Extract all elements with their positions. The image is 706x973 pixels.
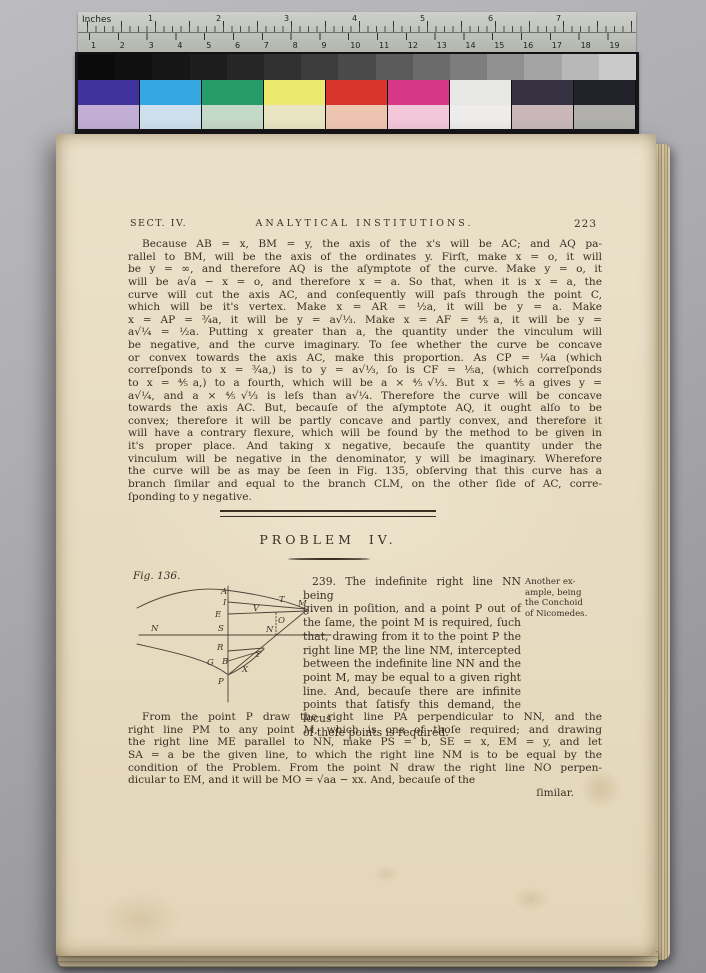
text-line: 239. The indefinite right line NN being [303,575,521,602]
ruler-cm-number: 5 [206,41,211,50]
text-line: be negative, and the curve imaginary. To… [128,339,602,352]
color-swatch [264,80,326,105]
body-paragraph-2: From the point P draw the right line PA … [128,711,602,787]
running-header: SECT. IV. ANALYTICAL INSTITUTIONS. 223 [128,218,601,232]
color-strip-pastel [78,105,636,129]
color-swatch [599,54,636,80]
text-line: a√¼, and a × ⅘√⅓ is leſs than a√¼. There… [128,390,602,403]
color-swatch [450,105,512,129]
text-line: Because AB = x, BM = y, the axis of the … [128,238,602,251]
heading-rule [288,558,370,560]
figure-label-I: I [222,598,227,608]
color-swatch [227,54,264,80]
ruler-cm-number: 6 [235,41,240,50]
text-line: ſponding to y negative. [128,491,602,504]
ruler-cm-number: 2 [120,41,125,50]
ruler-cm-number: 7 [264,41,269,50]
ruler-cm-number: 9 [321,41,326,50]
color-swatch [338,54,375,80]
color-swatch [376,54,413,80]
ruler-inch-number: 4 [352,14,357,23]
problem-heading: PROBLEM IV. [128,532,528,547]
text-line: be y = ∞, and therefore AQ is the aſympt… [128,263,602,276]
color-swatch [326,80,388,105]
color-swatch [202,105,264,129]
body-paragraph-1: Because AB = x, BM = y, the axis of the … [128,238,602,503]
color-swatch [78,105,140,129]
color-swatch [78,54,115,80]
color-swatch [326,105,388,129]
text-line: towards the axis AC. But, becauſe of the… [128,402,602,415]
color-swatch [574,80,636,105]
color-swatch [413,54,450,80]
text-line: the curve will be as may be ſeen in Fig.… [128,465,602,478]
color-swatch [301,54,338,80]
ruler-inch-number: 2 [216,14,221,23]
ruler-cm-number: 11 [379,41,389,50]
text-line: condition of the Problem. From the point… [128,762,602,775]
ruler-inch-scale: Inches 1234567 [78,12,636,33]
section-divider [128,510,528,517]
line-PM [228,609,308,675]
ruler-cm-number: 1 [91,41,96,50]
catchword: ſimilar. [128,787,602,799]
ruler-cm-number: 4 [177,41,182,50]
figure-label-S: S [218,624,224,634]
calibration-target: Inches 1234567 1234567891011121314151617… [78,12,636,130]
text-line: right line MP, the line NM, intercepted [303,644,521,658]
color-swatch [450,80,512,105]
figure-label-V: V [253,604,260,614]
color-swatch [190,54,227,80]
ruler-units-label: Inches [82,15,111,25]
text-line: curve will cut the axis AC, and conſeque… [128,289,602,302]
ruler-cm-number: 17 [552,41,562,50]
figure-label-X: X [241,665,249,675]
color-swatch [562,54,599,80]
text-line: branch ſimilar and equal to the branch C… [128,478,602,491]
color-swatch [140,80,202,105]
ruler-cm-number: 19 [609,41,619,50]
text-line: ample, being [525,588,607,599]
double-rule [220,510,436,517]
color-swatch [388,105,450,129]
figure-label-G: G [207,658,214,668]
ruler-cm-number: 15 [494,41,504,50]
color-swatch [78,80,140,105]
text-line: to x = ⅘a,) to a fourth, which will be a… [128,377,602,390]
text-line: From the point P draw the right line PA … [128,711,602,724]
text-line: or convex towards the axis AC, make this… [128,352,602,365]
page-number: 223 [574,218,597,230]
text-line: of Nicomedes. [525,609,607,620]
text-line: that, drawing from it to the point P the [303,630,521,644]
ruler-cm-number: 16 [523,41,533,50]
ruler-cm-number: 3 [149,41,154,50]
ruler-inch-number: 6 [488,14,493,23]
photo-of-book-scan: { "calibration": { "ruler_label": "Inche… [0,0,706,973]
text-line: given in poſition, and a point P out of [303,602,521,616]
figure-label-R: R [216,643,224,653]
text-line: a√¼ = ½a. Putting x greater than a, the … [128,326,602,339]
text-line: which will be it's vertex. Make x = AR =… [128,301,602,314]
color-swatch [140,105,202,129]
text-line: correſponds to x = ¾a,) is to y = a√⅓, ſ… [128,364,602,377]
text-line: line. And, becauſe there are infinite [303,685,521,699]
ruler-cm-scale: 12345678910111213141516171819 [78,33,636,52]
text-line: dicular to EM, and it will be MO = √aa −… [128,774,602,787]
text-line: Another ex- [525,577,607,588]
color-swatch [524,54,561,80]
color-swatch [388,80,450,105]
figure-label-E: E [214,610,222,620]
text-line: vinculum will be negative in the denomin… [128,453,602,466]
text-line: convex; therefore it will be partly conc… [128,415,602,428]
ruler-inch-number: 7 [556,14,561,23]
book-title: ANALYTICAL INSTITUTIONS. [128,218,601,229]
ruler-inch-number: 3 [284,14,289,23]
ruler-cm-number: 8 [293,41,298,50]
color-swatch [450,54,487,80]
line-IM [228,602,306,609]
color-swatch [264,105,326,129]
color-strip-saturated [78,80,636,105]
color-swatch [115,54,152,80]
text-line: between the indefinite line NN and the [303,657,521,671]
color-swatch [487,54,524,80]
figure-label-B: B [221,657,228,667]
figure-label-P: P [217,677,224,687]
book: SECT. IV. ANALYTICAL INSTITUTIONS. 223 B… [50,134,670,967]
line-EM [228,611,306,614]
ruler-cm-number: 10 [350,41,360,50]
figure-label-z: z [254,650,260,660]
text-line: will have a contrary flexure, which will… [128,427,602,440]
ruler-cm-number: 12 [408,41,418,50]
figure-label-O: O [278,616,285,626]
ruler-cm-number: 14 [465,41,475,50]
figure-label-A: A [220,587,227,597]
grayscale-strip [78,54,636,80]
text-line: point M, may be equal to a given right [303,671,521,685]
color-swatch [512,80,574,105]
text-line: right line PM to any point M, which is o… [128,724,602,737]
text-line: x = AP = ¾a, it will be y = a√⅓. Make x … [128,314,602,327]
figure-label-N: N [265,625,274,635]
color-swatch [152,54,189,80]
text-line: rallel to BM, will be the axis of the or… [128,251,602,264]
ruler-inch-number: 1 [148,14,153,23]
book-page: SECT. IV. ANALYTICAL INSTITUTIONS. 223 B… [56,134,656,956]
ruler-cm-number: 18 [581,41,591,50]
text-line: it's proper place. And taking x negative… [128,440,602,453]
text-line: will be a√a − x = o, and therefore x = a… [128,276,602,289]
figure-label-T: T [279,595,286,605]
ruler: Inches 1234567 1234567891011121314151617… [78,12,636,52]
color-swatch [574,105,636,129]
margin-note: Another ex-ample, beingthe Conchoidof Ni… [525,577,607,619]
text-line: SA = a be the given line, to which the r… [128,749,602,762]
text-line: the ſame, the point M is required, ſuch [303,616,521,630]
color-swatch [264,54,301,80]
color-swatch [202,80,264,105]
text-line: the Conchoid [525,598,607,609]
ruler-inch-number: 5 [420,14,425,23]
ruler-cm-number: 13 [437,41,447,50]
figure-label-N: N [150,624,159,634]
text-line: the right line ME parallel to NN, make P… [128,736,602,749]
color-swatch [512,105,574,129]
